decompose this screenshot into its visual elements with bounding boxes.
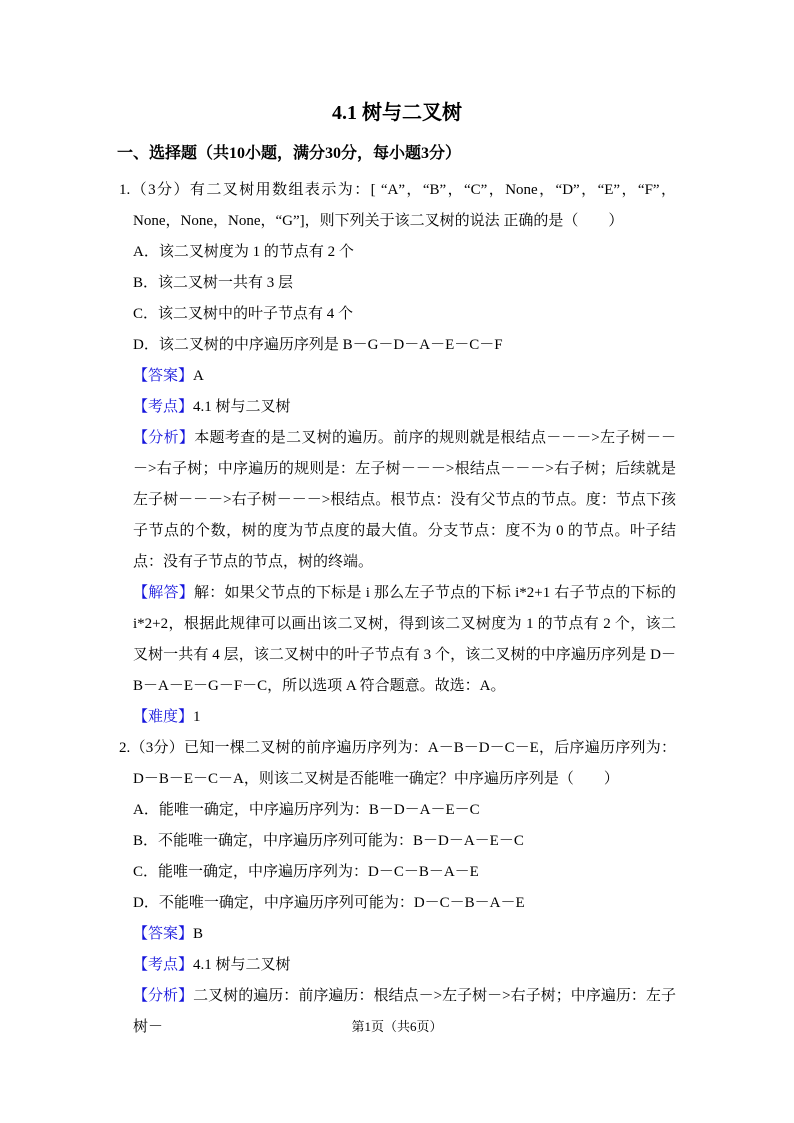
analysis-label: 【分析】 xyxy=(133,988,193,1004)
answer-value: A xyxy=(193,368,204,384)
answer-label: 【答案】 xyxy=(133,926,193,942)
option-c: C．能唯一确定，中序遍历序列为：D－C－B－A－E xyxy=(133,857,676,888)
solution-row: 【解答】解：如果父节点的下标是 i 那么左子节点的下标 i*2+1 右子节点的下… xyxy=(133,578,676,702)
solution-value: 解：如果父节点的下标是 i 那么左子节点的下标 i*2+1 右子节点的下标的 i… xyxy=(133,585,676,694)
question-1: 1.（3分）有二叉树用数组表示为：[ “A”，“B”，“C”，None，“D”，… xyxy=(133,175,676,733)
answer-label: 【答案】 xyxy=(133,368,193,384)
analysis-value: 本题考查的是二叉树的遍历。前序的规则就是根结点－－－>左子树－－－>右子树；中序… xyxy=(133,430,676,570)
document-page: 4.1 树与二叉树 一、选择题（共10小题，满分30分，每小题3分） 1.（3分… xyxy=(0,0,794,1123)
option-b: B．不能唯一确定，中序遍历序列可能为：B－D－A－E－C xyxy=(133,826,676,857)
answer-row: 【答案】B xyxy=(133,919,676,950)
analysis-row: 【分析】本题考查的是二叉树的遍历。前序的规则就是根结点－－－>左子树－－－>右子… xyxy=(133,423,676,578)
topic-value: 4.1 树与二叉树 xyxy=(193,399,291,415)
difficulty-row: 【难度】1 xyxy=(133,702,676,733)
solution-label: 【解答】 xyxy=(133,585,194,601)
option-b: B．该二叉树一共有 3 层 xyxy=(133,268,676,299)
topic-row: 【考点】4.1 树与二叉树 xyxy=(133,950,676,981)
topic-label: 【考点】 xyxy=(133,399,193,415)
option-a: A．能唯一确定，中序遍历序列为：B－D－A－E－C xyxy=(133,795,676,826)
option-d: D．该二叉树的中序遍历序列是 B－G－D－A－E－C－F xyxy=(133,330,676,361)
question-2: 2.（3分）已知一棵二叉树的前序遍历序列为：A－B－D－C－E，后序遍历序列为：… xyxy=(133,733,676,1043)
analysis-label: 【分析】 xyxy=(133,430,194,446)
topic-row: 【考点】4.1 树与二叉树 xyxy=(133,392,676,423)
option-d: D．不能唯一确定，中序遍历序列可能为：D－C－B－A－E xyxy=(133,888,676,919)
page-footer: 第1页（共6页） xyxy=(0,1016,794,1037)
answer-value: B xyxy=(193,926,203,942)
option-a: A．该二叉树度为 1 的节点有 2 个 xyxy=(133,237,676,268)
section-heading: 一、选择题（共10小题，满分30分，每小题3分） xyxy=(117,138,676,169)
option-c: C．该二叉树中的叶子节点有 4 个 xyxy=(133,299,676,330)
answer-row: 【答案】A xyxy=(133,361,676,392)
document-body: 1.（3分）有二叉树用数组表示为：[ “A”，“B”，“C”，None，“D”，… xyxy=(133,175,676,1043)
topic-label: 【考点】 xyxy=(133,957,193,973)
difficulty-value: 1 xyxy=(193,709,201,725)
question-stem: 1.（3分）有二叉树用数组表示为：[ “A”，“B”，“C”，None，“D”，… xyxy=(133,175,676,237)
page-title: 4.1 树与二叉树 xyxy=(0,98,794,128)
topic-value: 4.1 树与二叉树 xyxy=(193,957,291,973)
difficulty-label: 【难度】 xyxy=(133,709,193,725)
question-stem: 2.（3分）已知一棵二叉树的前序遍历序列为：A－B－D－C－E，后序遍历序列为：… xyxy=(133,733,676,795)
